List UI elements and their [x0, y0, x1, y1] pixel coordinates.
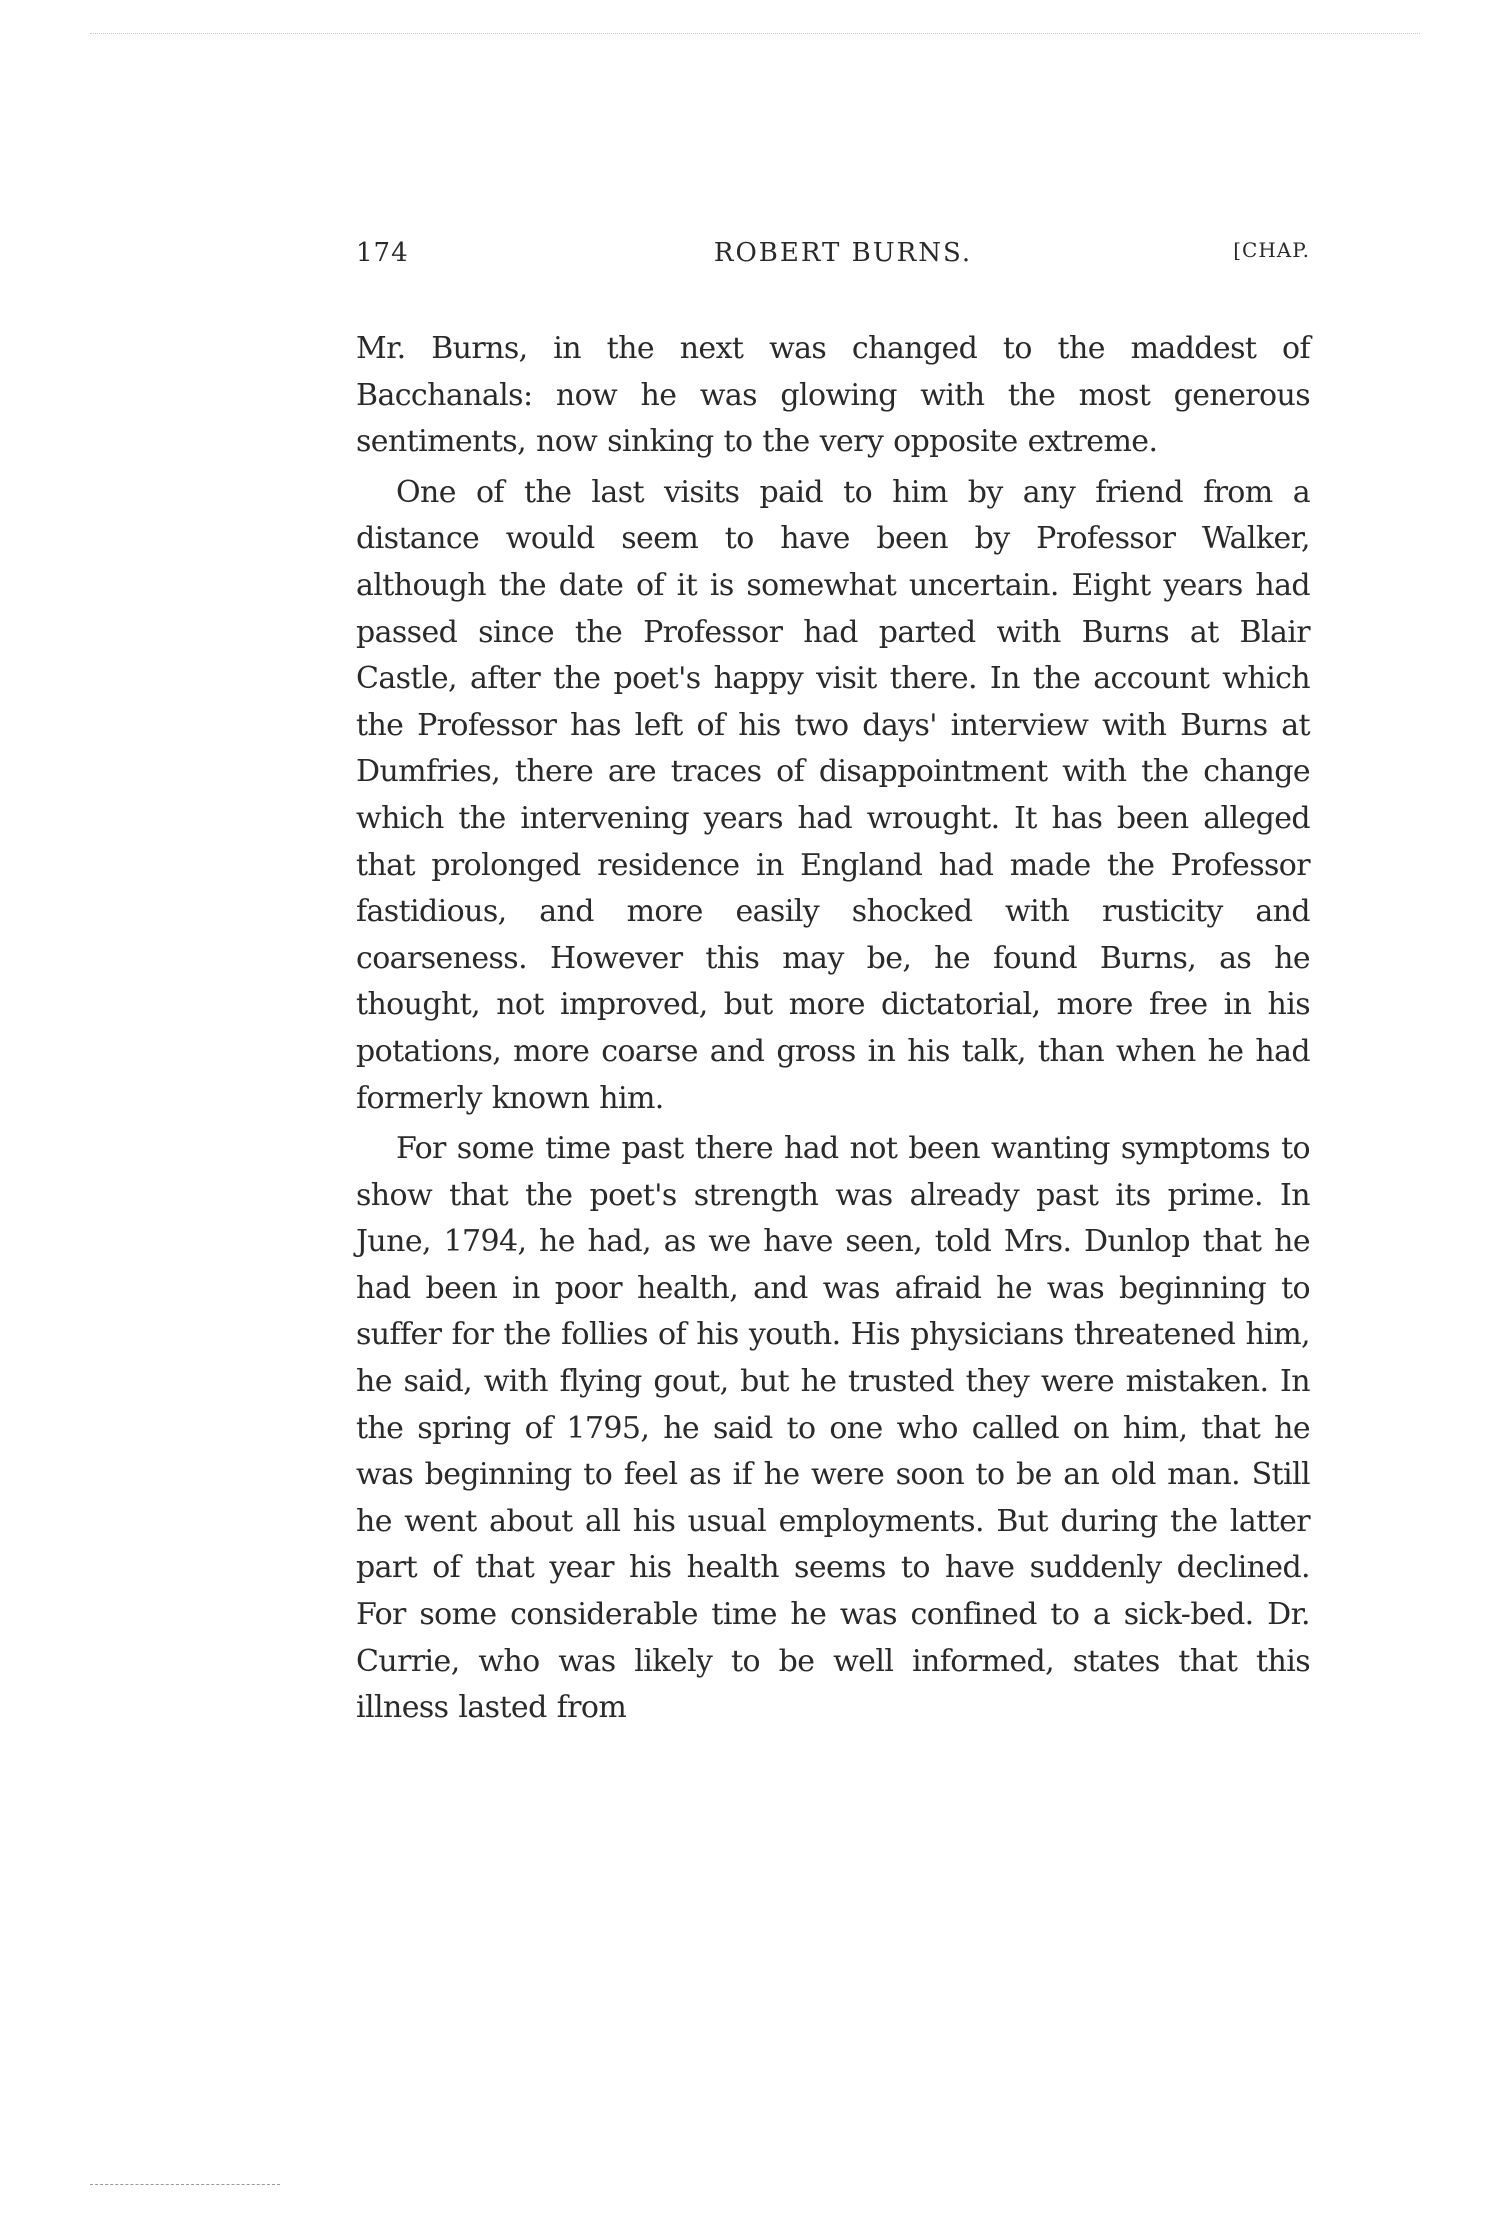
scan-artifact-top: [90, 33, 1420, 36]
paragraph: For some time past there had not been wa…: [356, 1126, 1310, 1732]
page-body: Mr. Burns, in the next was changed to th…: [356, 326, 1310, 1732]
scan-artifact-bottom: [90, 2184, 280, 2187]
running-head: 174 ROBERT BURNS. [CHAP.: [356, 238, 1310, 278]
running-title: ROBERT BURNS.: [356, 238, 1310, 268]
chapter-marker: [CHAP.: [1233, 238, 1310, 262]
paragraph: Mr. Burns, in the next was changed to th…: [356, 326, 1310, 466]
book-page: 174 ROBERT BURNS. [CHAP. Mr. Burns, in t…: [356, 238, 1310, 1736]
paragraph: One of the last visits paid to him by an…: [356, 470, 1310, 1122]
